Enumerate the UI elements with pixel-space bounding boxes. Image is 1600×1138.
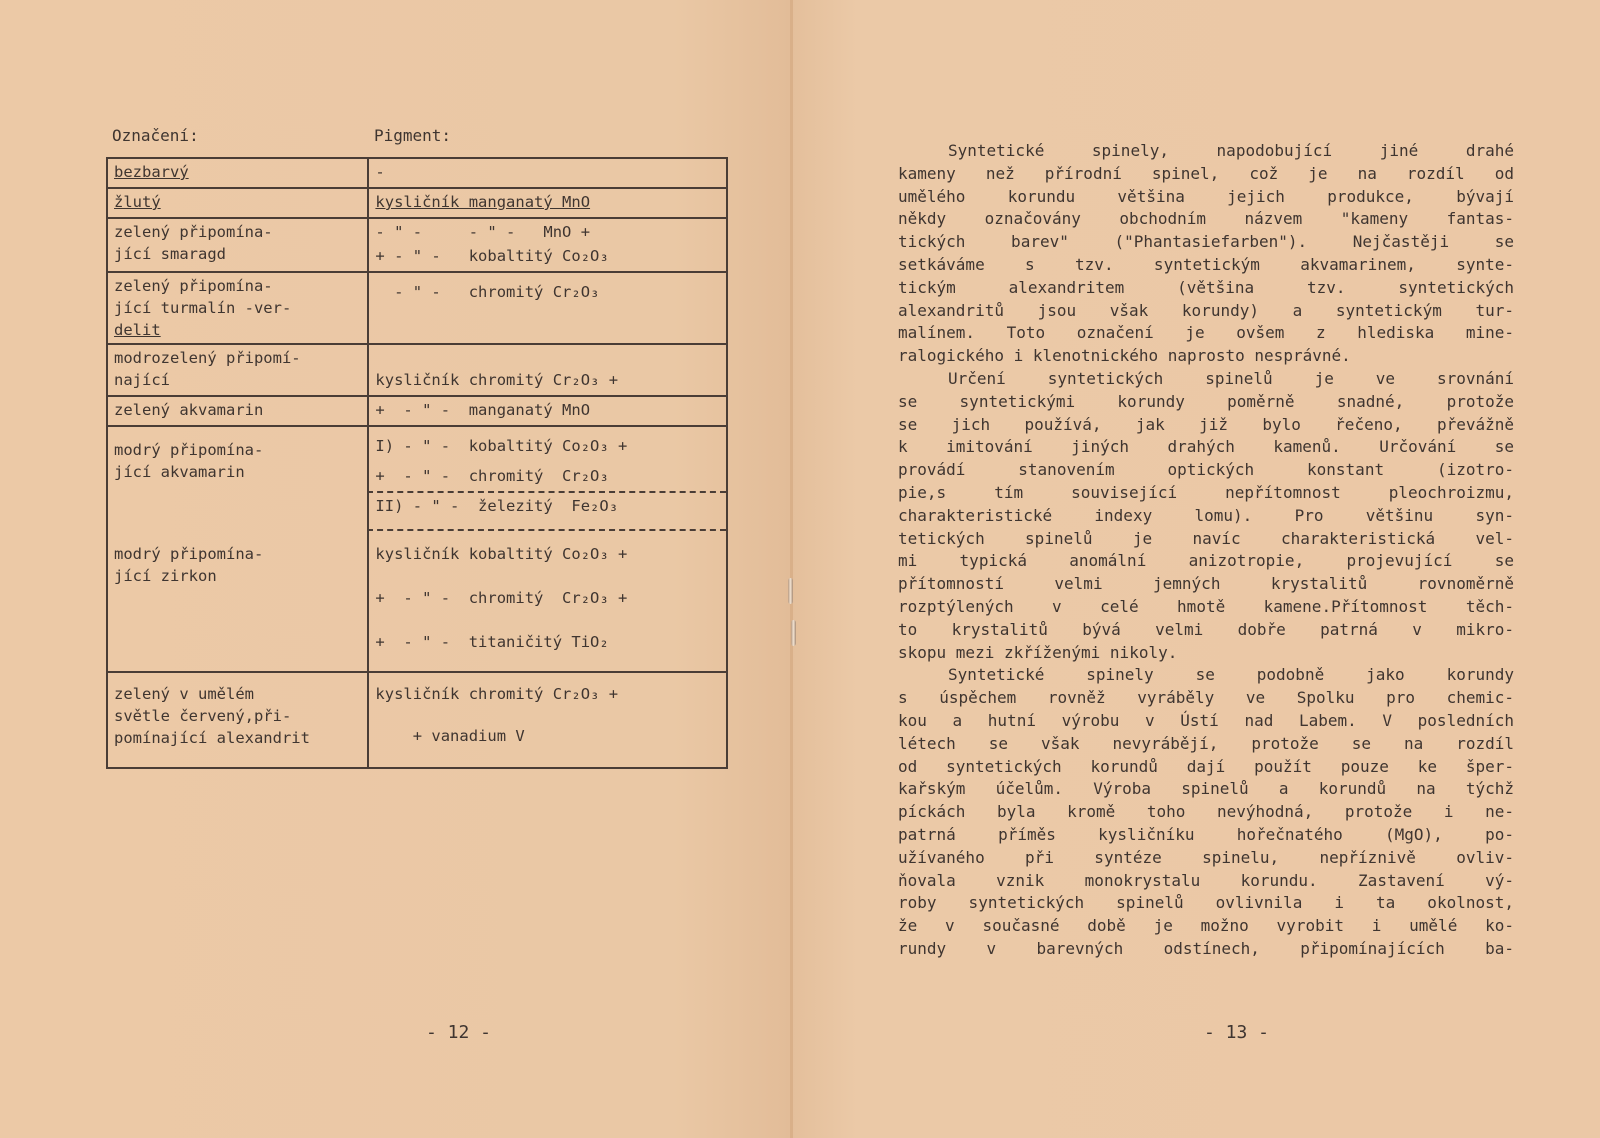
table-row: žlutý kysličník manganatý MnO (107, 188, 727, 218)
header-pigment: Pigment: (374, 126, 451, 145)
text-line: malínem. Toto označení je ovšem z hledis… (898, 322, 1514, 345)
designation-cell: zelený v umělém (114, 683, 361, 705)
designation-cell: žlutý (114, 191, 361, 213)
text-line: roby syntetických spinelů ovlivnila i ta… (898, 892, 1514, 915)
table-row: modrý připomína- jící zirkon kysličník k… (107, 535, 727, 672)
pigment-cell: kysličník chromitý Cr₂O₃ + (375, 683, 720, 707)
designation-cell: jící akvamarin (114, 461, 361, 483)
designation-cell: jící zirkon (114, 565, 361, 587)
pigment-cell: II) - " - železitý Fe₂O₃ (375, 495, 720, 519)
pigment-cell: kysličník kobaltitý Co₂O₃ + (375, 543, 720, 567)
staple-icon (791, 620, 796, 646)
text-line: užívaného při syntéze spinelu, nepřízniv… (898, 847, 1514, 870)
text-line: Syntetické spinely se podobně jako korun… (898, 664, 1514, 687)
left-page: Označení: Pigment: bezbarvý - žlutý kysl… (0, 0, 792, 1138)
text-line: píckách byla kromě toho nevýhodná, proto… (898, 801, 1514, 824)
table-row: zelený akvamarin + - " - manganatý MnO (107, 396, 727, 426)
text-line: přítomností velmi jemných krystalitů rov… (898, 573, 1514, 596)
table-row: bezbarvý - (107, 158, 727, 188)
text-line: rozptýlených v celé hmotě kamene.Přítomn… (898, 596, 1514, 619)
pigment-cell: I) - " - kobaltitý Co₂O₃ + (375, 435, 720, 459)
pigment-cell: + - " - titaničitý TiO₂ (375, 631, 720, 655)
text-line: patrná příměs kysličníku hořečnatého (Mg… (898, 824, 1514, 847)
text-line: tickým alexandritem (většina tzv. syntet… (898, 277, 1514, 300)
text-line: to krystalitů bývá velmi dobře patrná v … (898, 619, 1514, 642)
text-line: ňovala vznik monokrystalu korundu. Zasta… (898, 870, 1514, 893)
text-line: kameny než přírodní spinel, což je na ro… (898, 163, 1514, 186)
text-line: alexandritů jsou však korundy) a synteti… (898, 300, 1514, 323)
designation-cell: modrý připomína- (114, 439, 361, 461)
text-line: mi typická anomální anizotropie, projevu… (898, 550, 1514, 573)
designation-cell: zelený připomína- (114, 221, 361, 243)
text-line: charakteristické indexy lomu). Pro větši… (898, 505, 1514, 528)
designation-cell: světle červený,při- (114, 705, 361, 727)
pigment-cell: - " - chromitý Cr₂O₃ (375, 281, 720, 305)
text-line: ralogického i klenotnického naprosto nes… (898, 345, 1514, 368)
designation-cell: zelený akvamarin (114, 399, 361, 421)
text-line: někdy označovány obchodním názvem "kamen… (898, 208, 1514, 231)
staple-icon (788, 578, 793, 604)
text-line: s úspěchem rovněž vyráběly ve Spolku pro… (898, 687, 1514, 710)
text-line: Určení syntetických spinelů je ve srovná… (898, 368, 1514, 391)
table-row: zelený v umělém světle červený,při- pomí… (107, 672, 727, 768)
text-line: se syntetickými korundy poměrně snadné, … (898, 391, 1514, 414)
text-line: od syntetických korundů dají použít pouz… (898, 756, 1514, 779)
text-line: Syntetické spinely, napodobující jiné dr… (898, 140, 1514, 163)
text-line: pie,s tím související nepřítomnost pleoc… (898, 482, 1514, 505)
designation-cell: zelený připomína- (114, 275, 361, 297)
text-line: k imitování jiných drahých kamenů. Určov… (898, 436, 1514, 459)
pigment-cell: - (375, 161, 720, 185)
pigment-cell: - " - - " - MnO + (375, 221, 720, 245)
table-row: modrozelený připomí- nající kysličník ch… (107, 344, 727, 396)
book-spread: Označení: Pigment: bezbarvý - žlutý kysl… (0, 0, 1600, 1138)
pigment-cell: kysličník manganatý MnO (375, 191, 720, 215)
designation-cell: modrozelený připomí- (114, 347, 361, 369)
table-row: zelený připomína- jící smaragd - " - - "… (107, 218, 727, 272)
designation-cell: bezbarvý (114, 161, 361, 183)
text-line: tetických spinelů je navíc charakteristi… (898, 528, 1514, 551)
text-line: provádí stanovením optických konstant (i… (898, 459, 1514, 482)
designation-cell: delit (114, 319, 361, 341)
text-line: tických barev" ("Phantasiefarben"). Nejč… (898, 231, 1514, 254)
text-line: kařským účelům. Výroba spinelů a korundů… (898, 778, 1514, 801)
right-page: Syntetické spinely, napodobující jiné dr… (792, 0, 1600, 1138)
header-designation: Označení: (112, 126, 199, 145)
text-line: že v současné době je možno vyrobit i um… (898, 915, 1514, 938)
text-line: setkáváme s tzv. syntetickým akvamarinem… (898, 254, 1514, 277)
pigment-cell: kysličník chromitý Cr₂O₃ + (375, 369, 720, 393)
designation-cell: nající (114, 369, 361, 391)
page-number-left: - 12 - (426, 1022, 491, 1043)
book-gutter (790, 0, 793, 1138)
pigment-cell: + - " - kobaltitý Co₂O₃ (375, 245, 720, 269)
designation-cell: jící turmalín -ver- (114, 297, 361, 319)
table-row: modrý připomína- jící akvamarin I) - " -… (107, 426, 727, 535)
pigment-cell: + - " - manganatý MnO (375, 399, 720, 423)
pigment-cell: + vanadium V (375, 725, 720, 749)
dashed-divider (367, 529, 726, 531)
text-line: umělého korundu většina jejich produkce,… (898, 186, 1514, 209)
designation-cell: modrý připomína- (114, 543, 361, 565)
page-number-right: - 13 - (1204, 1022, 1269, 1043)
text-line: se jich používá, jak již bylo řečeno, př… (898, 414, 1514, 437)
pigment-cell: + - " - chromitý Cr₂O₃ + (375, 587, 720, 611)
designation-cell: jící smaragd (114, 243, 361, 265)
text-line: létech se však nevyrábějí, protože se na… (898, 733, 1514, 756)
pigment-table: bezbarvý - žlutý kysličník manganatý MnO… (106, 157, 728, 769)
body-text: Syntetické spinely, napodobující jiné dr… (898, 140, 1514, 961)
designation-cell: pomínající alexandrit (114, 727, 361, 749)
table-row: zelený připomína- jící turmalín -ver- de… (107, 272, 727, 344)
text-line: kou a hutní výrobu v Ústí nad Labem. V p… (898, 710, 1514, 733)
dashed-divider (367, 491, 726, 493)
text-line: rundy v barevných odstínech, připomínají… (898, 938, 1514, 961)
text-line: skopu mezi zkříženými nikoly. (898, 642, 1514, 665)
pigment-cell: + - " - chromitý Cr₂O₃ (375, 465, 720, 489)
